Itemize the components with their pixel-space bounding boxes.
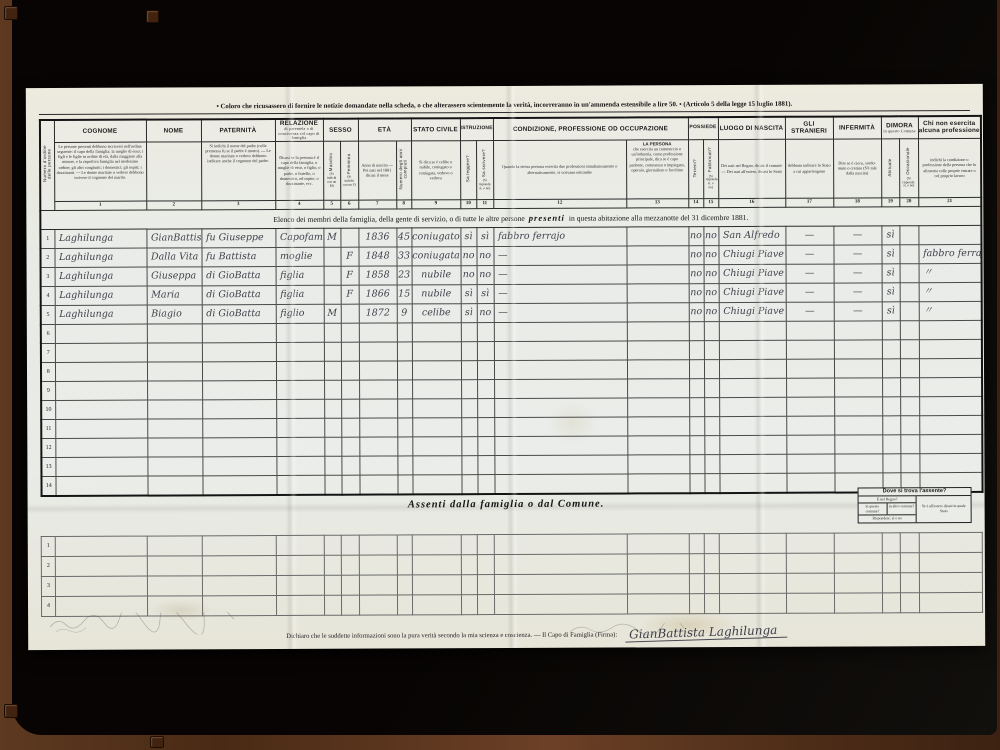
dimora-occasionale xyxy=(900,453,919,472)
stato-civile xyxy=(412,341,461,360)
row-number: 3 xyxy=(41,576,55,596)
luogo-di-nascita xyxy=(719,553,786,573)
cognome: Laghilunga xyxy=(55,305,147,324)
relazione xyxy=(276,323,324,342)
col-istruzione-title: ISTRUZIONE xyxy=(460,118,493,140)
sesso-maschio xyxy=(324,380,341,399)
dimora-abituale: sì xyxy=(882,263,900,282)
luogo-di-nascita xyxy=(719,397,786,416)
luogo-di-nascita xyxy=(719,435,786,454)
cognome-note: Le persone presenti debbono iscriversi n… xyxy=(54,142,146,201)
anni-compiuti: 45 xyxy=(396,227,411,246)
qualifica-professionale xyxy=(627,573,689,593)
relazione xyxy=(276,535,324,555)
possiede-terreni xyxy=(689,593,704,613)
paternita xyxy=(202,380,276,399)
dimora-occasionale-header: Occasionale(Si risponda: sì, o no) xyxy=(899,138,918,197)
stato-civile xyxy=(412,436,461,455)
sesso-maschio: M xyxy=(323,228,340,247)
relazione xyxy=(276,342,324,361)
photograph-of-census-sheet: • Coloro che ricusassero di fornire le n… xyxy=(0,0,1000,750)
sesso-femmina xyxy=(341,380,359,399)
possiede-terreni: no xyxy=(689,264,704,283)
sa-leggere xyxy=(461,554,477,574)
stato-civile xyxy=(412,574,461,594)
stato-civile: coniugato xyxy=(411,227,460,246)
sa-scrivere: sì xyxy=(477,284,494,303)
sa-scrivere xyxy=(477,455,494,474)
dimora-occasionale xyxy=(900,415,919,434)
sa-leggere xyxy=(461,455,477,474)
paternita: di GioBatta xyxy=(202,266,276,285)
dimora-abituale xyxy=(882,415,900,434)
sesso-maschio xyxy=(324,361,341,380)
stato-civile: nubile xyxy=(412,265,461,284)
col-paternita-title: PATERNITÀ xyxy=(201,119,275,141)
professione-di-chi-alimenta: 〃 xyxy=(919,263,982,282)
possiede-fabbricati: no xyxy=(704,264,719,283)
relazione: Capofamiglia xyxy=(275,228,323,247)
professione xyxy=(494,534,627,555)
row-number: 9 xyxy=(41,381,55,400)
professione-di-chi-alimenta xyxy=(919,453,982,472)
possiede-terreni xyxy=(689,321,704,340)
cognome xyxy=(55,362,147,381)
anno-di-nascita: 1872 xyxy=(359,304,397,323)
stato-civile xyxy=(412,554,461,574)
professione-di-chi-alimenta xyxy=(918,225,981,244)
possiede-terreni xyxy=(689,573,704,593)
cognome xyxy=(55,419,147,438)
sa-scrivere xyxy=(477,341,494,360)
sa-scrivere: no xyxy=(477,246,494,265)
possiede-fabbricati: no xyxy=(704,302,719,321)
relazione xyxy=(276,575,324,595)
sesso-maschio xyxy=(324,575,341,595)
nome-note xyxy=(146,141,201,200)
paternita xyxy=(202,418,276,437)
qualifica-professionale xyxy=(627,264,689,283)
sa-scrivere xyxy=(477,360,494,379)
professione-di-chi-alimenta xyxy=(919,339,982,358)
dimora-occasionale xyxy=(900,282,919,301)
infermita xyxy=(834,532,882,552)
nome: Dalla Vita xyxy=(146,247,201,266)
sesso-femmina xyxy=(341,535,359,555)
anno-di-nascita xyxy=(359,595,397,615)
nome xyxy=(147,323,202,342)
dimora-occasionale xyxy=(900,396,919,415)
anno-nascita-note: Anno di nascita — Pei nati nel 1881 dica… xyxy=(358,141,396,200)
possiede-fabbricati xyxy=(704,533,719,553)
dimora-abituale xyxy=(882,572,900,592)
anno-di-nascita xyxy=(359,456,397,475)
row-number: 4 xyxy=(41,286,55,305)
luogo-di-nascita xyxy=(719,416,786,435)
sa-leggere: sì xyxy=(460,227,476,246)
cognome xyxy=(55,381,147,400)
possiede-fabbricati: no xyxy=(704,245,719,264)
nail-head xyxy=(4,704,18,718)
infermita xyxy=(834,415,882,434)
absent-section: Assenti dalla famiglia o dal Comune. Dov… xyxy=(41,497,972,617)
stato-civile xyxy=(412,322,461,341)
anno-di-nascita: 1858 xyxy=(359,266,397,285)
anno-di-nascita xyxy=(359,323,397,342)
nome xyxy=(147,575,202,595)
sesso-maschio xyxy=(324,437,341,456)
paternita xyxy=(202,575,276,595)
anni-compiuti xyxy=(397,379,412,398)
sesso-maschio xyxy=(324,342,341,361)
nome xyxy=(147,437,202,456)
qualifica-professionale xyxy=(627,359,689,378)
sa-leggere xyxy=(461,360,477,379)
col-chi-non-esercita-title: Chi non esercita alcuna professione xyxy=(918,116,981,138)
relazione-note: Dicasi se la persona è il capo della fam… xyxy=(275,141,323,200)
col-condizione-title: CONDIZIONE, PROFESSIONE OD OCCUPAZIONE xyxy=(493,117,688,140)
col-stato-civile-title: STATO CIVILE xyxy=(411,118,460,140)
stato-straniero xyxy=(786,533,834,553)
anni-compiuti xyxy=(397,360,412,379)
col-sesso-title: SESSO xyxy=(323,119,358,141)
professione xyxy=(494,554,627,575)
chi-non-esercita-note: indichi la condizione o professione dell… xyxy=(918,138,981,197)
stato-straniero xyxy=(786,416,834,435)
anni-compiuti-header: Numero degli anni compiuti xyxy=(396,140,411,199)
dimora-abituale xyxy=(882,453,900,472)
dimora-occasionale xyxy=(900,301,919,320)
anni-compiuti xyxy=(397,574,412,594)
anni-compiuti: 23 xyxy=(397,265,412,284)
nome xyxy=(147,342,202,361)
paternita xyxy=(202,475,276,495)
infermita-note: Dire se è cieco, sordo-muto o cretino (S… xyxy=(833,138,881,197)
sesso-maschio xyxy=(323,247,340,266)
cognome xyxy=(55,457,147,476)
stato-straniero xyxy=(786,435,834,454)
dimora-abituale xyxy=(882,532,900,552)
sa-leggere xyxy=(461,322,477,341)
luogo-di-nascita xyxy=(719,573,786,593)
qualifica-professionale xyxy=(627,378,689,397)
sesso-femmina xyxy=(341,555,359,575)
nome: Maria xyxy=(147,285,202,304)
professione-di-chi-alimenta xyxy=(919,592,982,612)
professione-di-chi-alimenta xyxy=(919,552,982,572)
anni-compiuti xyxy=(397,554,412,574)
infermita xyxy=(834,592,882,612)
sa-leggere xyxy=(461,398,477,417)
dimora-abituale: sì xyxy=(882,244,900,263)
stato-straniero xyxy=(786,397,834,416)
relazione: figlia xyxy=(276,266,324,285)
sa-scrivere: no xyxy=(477,303,494,322)
luogo-di-nascita xyxy=(719,593,786,613)
sesso-femmina xyxy=(341,399,359,418)
possiede-fabbricati xyxy=(704,473,719,493)
possiede-terreni xyxy=(689,435,704,454)
absent-risposta-note: Rispondere: sì o no xyxy=(859,515,916,523)
row-number: 2 xyxy=(40,248,54,267)
professione xyxy=(494,594,627,615)
sa-scrivere xyxy=(477,379,494,398)
sesso-maschio-header: Maschio(Si indichi con un M) xyxy=(323,141,340,200)
dimora-occasionale xyxy=(900,320,919,339)
luogo-di-nascita: San Alfredo xyxy=(718,226,785,245)
possiede-terreni xyxy=(689,340,704,359)
sesso-maschio: M xyxy=(324,304,341,323)
nome xyxy=(147,361,202,380)
row-number: 12 xyxy=(41,438,55,457)
infermita xyxy=(834,377,882,396)
stato-civile xyxy=(412,398,461,417)
professione-di-chi-alimenta xyxy=(919,572,982,592)
possiede-fabbricati xyxy=(704,454,719,473)
luogo-nascita-note: Dei nati nel Regno, dicasi il comune — D… xyxy=(718,139,785,198)
possiede-fabbricati: no xyxy=(703,226,718,245)
col-stranieri-title: GLI STRANIERI xyxy=(785,117,833,139)
cognome xyxy=(55,343,147,362)
nome xyxy=(147,475,202,495)
luogo-di-nascita xyxy=(719,321,786,340)
qualifica-professionale xyxy=(627,397,689,416)
possiede-terreni xyxy=(689,533,704,553)
possiede-fabbricati xyxy=(704,321,719,340)
paternita xyxy=(202,323,276,342)
dimora-abituale: sì xyxy=(882,301,900,320)
paternita xyxy=(202,456,276,475)
possiede-fabbricati xyxy=(704,378,719,397)
infermita: — xyxy=(834,301,882,320)
stato-straniero xyxy=(786,378,834,397)
stranieri-note: debbono indicare lo Stato a cui apparten… xyxy=(785,139,833,198)
stato-civile: coniugata xyxy=(412,246,461,265)
sa-leggere xyxy=(461,341,477,360)
cognome xyxy=(55,536,147,556)
fabbricati-header: Fabbricati?(Si risponda: sì, o no) xyxy=(703,139,718,198)
possiede-fabbricati xyxy=(704,435,719,454)
paternita: fu Battista xyxy=(201,247,275,266)
qualifica-professionale xyxy=(627,454,689,473)
row-number: 11 xyxy=(41,419,55,438)
paternita: di GioBatta xyxy=(202,304,276,323)
dimora-occasionale xyxy=(900,592,919,612)
absent-estero-label: Se è all'estero dicasi in quale Stato xyxy=(917,496,971,522)
dimora-occasionale xyxy=(900,572,919,592)
row-number: 5 xyxy=(41,305,55,324)
stato-civile xyxy=(412,379,461,398)
stato-civile-note: Si dica se è celibe o nubile, coniugato … xyxy=(411,140,460,199)
anno-di-nascita: 1836 xyxy=(358,228,396,247)
anno-di-nascita xyxy=(359,535,397,555)
paternita: di GioBatta xyxy=(202,285,276,304)
sa-leggere: sì xyxy=(461,284,477,303)
professione xyxy=(494,574,627,595)
possiede-terreni xyxy=(689,397,704,416)
anni-compiuti xyxy=(397,474,412,494)
col-cognome-title: COGNOME xyxy=(54,120,146,142)
possiede-fabbricati xyxy=(704,553,719,573)
qualifica-professionale xyxy=(627,283,689,302)
stato-civile xyxy=(412,417,461,436)
stato-straniero xyxy=(786,321,834,340)
sesso-femmina-header: Femmina(Si indichi con un F) xyxy=(340,141,358,200)
cognome: Laghilunga xyxy=(54,248,146,267)
dimora-abituale xyxy=(882,592,900,612)
relazione xyxy=(276,475,324,495)
census-form-paper: • Coloro che ricusassero di fornire le n… xyxy=(26,84,985,650)
dimora-occasionale xyxy=(899,225,918,244)
col-luogo-nascita-title: LUOGO DI NASCITA xyxy=(718,117,785,139)
luogo-di-nascita: Chiugi Piave xyxy=(719,245,786,264)
sesso-femmina xyxy=(341,475,359,495)
qualifica-professionale xyxy=(627,321,689,340)
col-relazione-title: RELAZIONEdi parentela o di convivenza co… xyxy=(275,119,323,141)
cognome xyxy=(55,476,147,496)
col-eta-title: ETÀ xyxy=(358,119,411,141)
terreni-header: Terreni? xyxy=(688,139,703,198)
dimora-abituale xyxy=(882,339,900,358)
absent-questo-comune: in questo comune? xyxy=(859,504,888,515)
possiede-terreni xyxy=(689,378,704,397)
stato-civile: celibe xyxy=(412,303,461,322)
stato-straniero xyxy=(787,473,835,493)
possiede-terreni: no xyxy=(689,245,704,264)
sesso-maschio xyxy=(324,266,341,285)
stato-civile xyxy=(412,534,461,554)
dimora-occasionale xyxy=(900,339,919,358)
possiede-fabbricati xyxy=(704,416,719,435)
sa-leggere xyxy=(461,379,477,398)
anni-compiuti xyxy=(397,534,412,554)
possiede-fabbricati xyxy=(704,359,719,378)
stato-civile xyxy=(412,360,461,379)
dimora-abituale xyxy=(882,396,900,415)
relazione: moglie xyxy=(275,247,323,266)
stato-straniero: — xyxy=(785,226,833,245)
row-number: 10 xyxy=(41,400,55,419)
sa-scrivere xyxy=(477,436,494,455)
cognome: Laghilunga xyxy=(55,286,147,305)
anno-di-nascita xyxy=(359,380,397,399)
dimora-occasionale xyxy=(900,552,919,572)
nome: GianBattista xyxy=(146,228,201,247)
paternita xyxy=(202,342,276,361)
professione-di-chi-alimenta: 〃 xyxy=(919,301,982,320)
row-number: 7 xyxy=(41,343,55,362)
infermita xyxy=(834,396,882,415)
luogo-di-nascita xyxy=(719,533,786,553)
luogo-di-nascita xyxy=(719,340,786,359)
dimora-occasionale xyxy=(900,263,919,282)
anni-compiuti xyxy=(397,594,412,614)
relazione xyxy=(276,456,324,475)
possiede-fabbricati: no xyxy=(704,283,719,302)
row-number: 2 xyxy=(41,556,55,576)
paternita xyxy=(202,437,276,456)
infermita xyxy=(834,434,882,453)
professione-di-chi-alimenta xyxy=(919,532,982,552)
anno-di-nascita xyxy=(359,575,397,595)
stato-straniero xyxy=(786,573,834,593)
infermita xyxy=(834,572,882,592)
stato-straniero xyxy=(786,454,834,473)
nome: Biagio xyxy=(147,304,202,323)
sesso-maschio xyxy=(324,285,341,304)
stato-civile xyxy=(412,455,461,474)
relazione xyxy=(276,555,324,575)
sesso-maschio xyxy=(324,456,341,475)
stato-straniero: — xyxy=(786,283,834,302)
anni-compiuti: 15 xyxy=(397,284,412,303)
sa-leggere xyxy=(461,436,477,455)
dimora-abituale xyxy=(882,320,900,339)
professione-di-chi-alimenta xyxy=(919,377,982,396)
infermita xyxy=(834,358,882,377)
sa-scrivere xyxy=(477,554,494,574)
possiede-terreni xyxy=(689,416,704,435)
absent-location-box: Dove si trova l'assente? È nel Regno? in… xyxy=(858,487,972,524)
anni-compiuti xyxy=(397,322,412,341)
dimora-occasionale xyxy=(900,358,919,377)
sa-scrivere xyxy=(477,594,494,614)
cognome xyxy=(55,324,147,343)
paternita xyxy=(202,399,276,418)
professione-di-chi-alimenta xyxy=(919,396,982,415)
sesso-femmina: F xyxy=(340,247,358,266)
anni-compiuti xyxy=(397,436,412,455)
luogo-di-nascita: Chiugi Piave xyxy=(719,264,786,283)
cognome xyxy=(55,438,147,457)
infermita: — xyxy=(834,282,882,301)
dimora-occasionale xyxy=(900,377,919,396)
dimora-abituale: sì xyxy=(881,225,899,244)
possiede-fabbricati xyxy=(704,593,719,613)
possiede-fabbricati xyxy=(704,340,719,359)
relazione xyxy=(276,380,324,399)
row-number: 1 xyxy=(41,536,55,556)
sa-scrivere-header: Sa scrivere?(Si risponda: sì, o no) xyxy=(476,140,493,199)
cognome xyxy=(55,400,147,419)
stato-straniero xyxy=(786,553,834,573)
stato-civile xyxy=(412,474,461,494)
sa-scrivere xyxy=(477,398,494,417)
paternita xyxy=(202,555,276,575)
possiede-terreni xyxy=(689,553,704,573)
sesso-femmina xyxy=(341,418,359,437)
relazione xyxy=(276,595,324,615)
sesso-femmina xyxy=(340,228,358,247)
professione-di-chi-alimenta xyxy=(919,434,982,453)
sa-scrivere: no xyxy=(477,265,494,284)
anno-di-nascita xyxy=(359,399,397,418)
row-number: 8 xyxy=(41,362,55,381)
qualifica-professionale xyxy=(627,533,689,553)
stato-straniero: — xyxy=(786,245,834,264)
anno-di-nascita xyxy=(359,437,397,456)
pencil-scribble xyxy=(568,623,688,638)
sesso-femmina xyxy=(341,342,359,361)
nome xyxy=(147,380,202,399)
nail-head xyxy=(150,736,164,748)
sesso-femmina: F xyxy=(341,266,359,285)
stato-straniero: — xyxy=(786,302,834,321)
possiede-fabbricati xyxy=(704,397,719,416)
absent-persons-rows: 1234 xyxy=(41,532,982,616)
infermita xyxy=(834,320,882,339)
professione-di-chi-alimenta xyxy=(919,320,982,339)
